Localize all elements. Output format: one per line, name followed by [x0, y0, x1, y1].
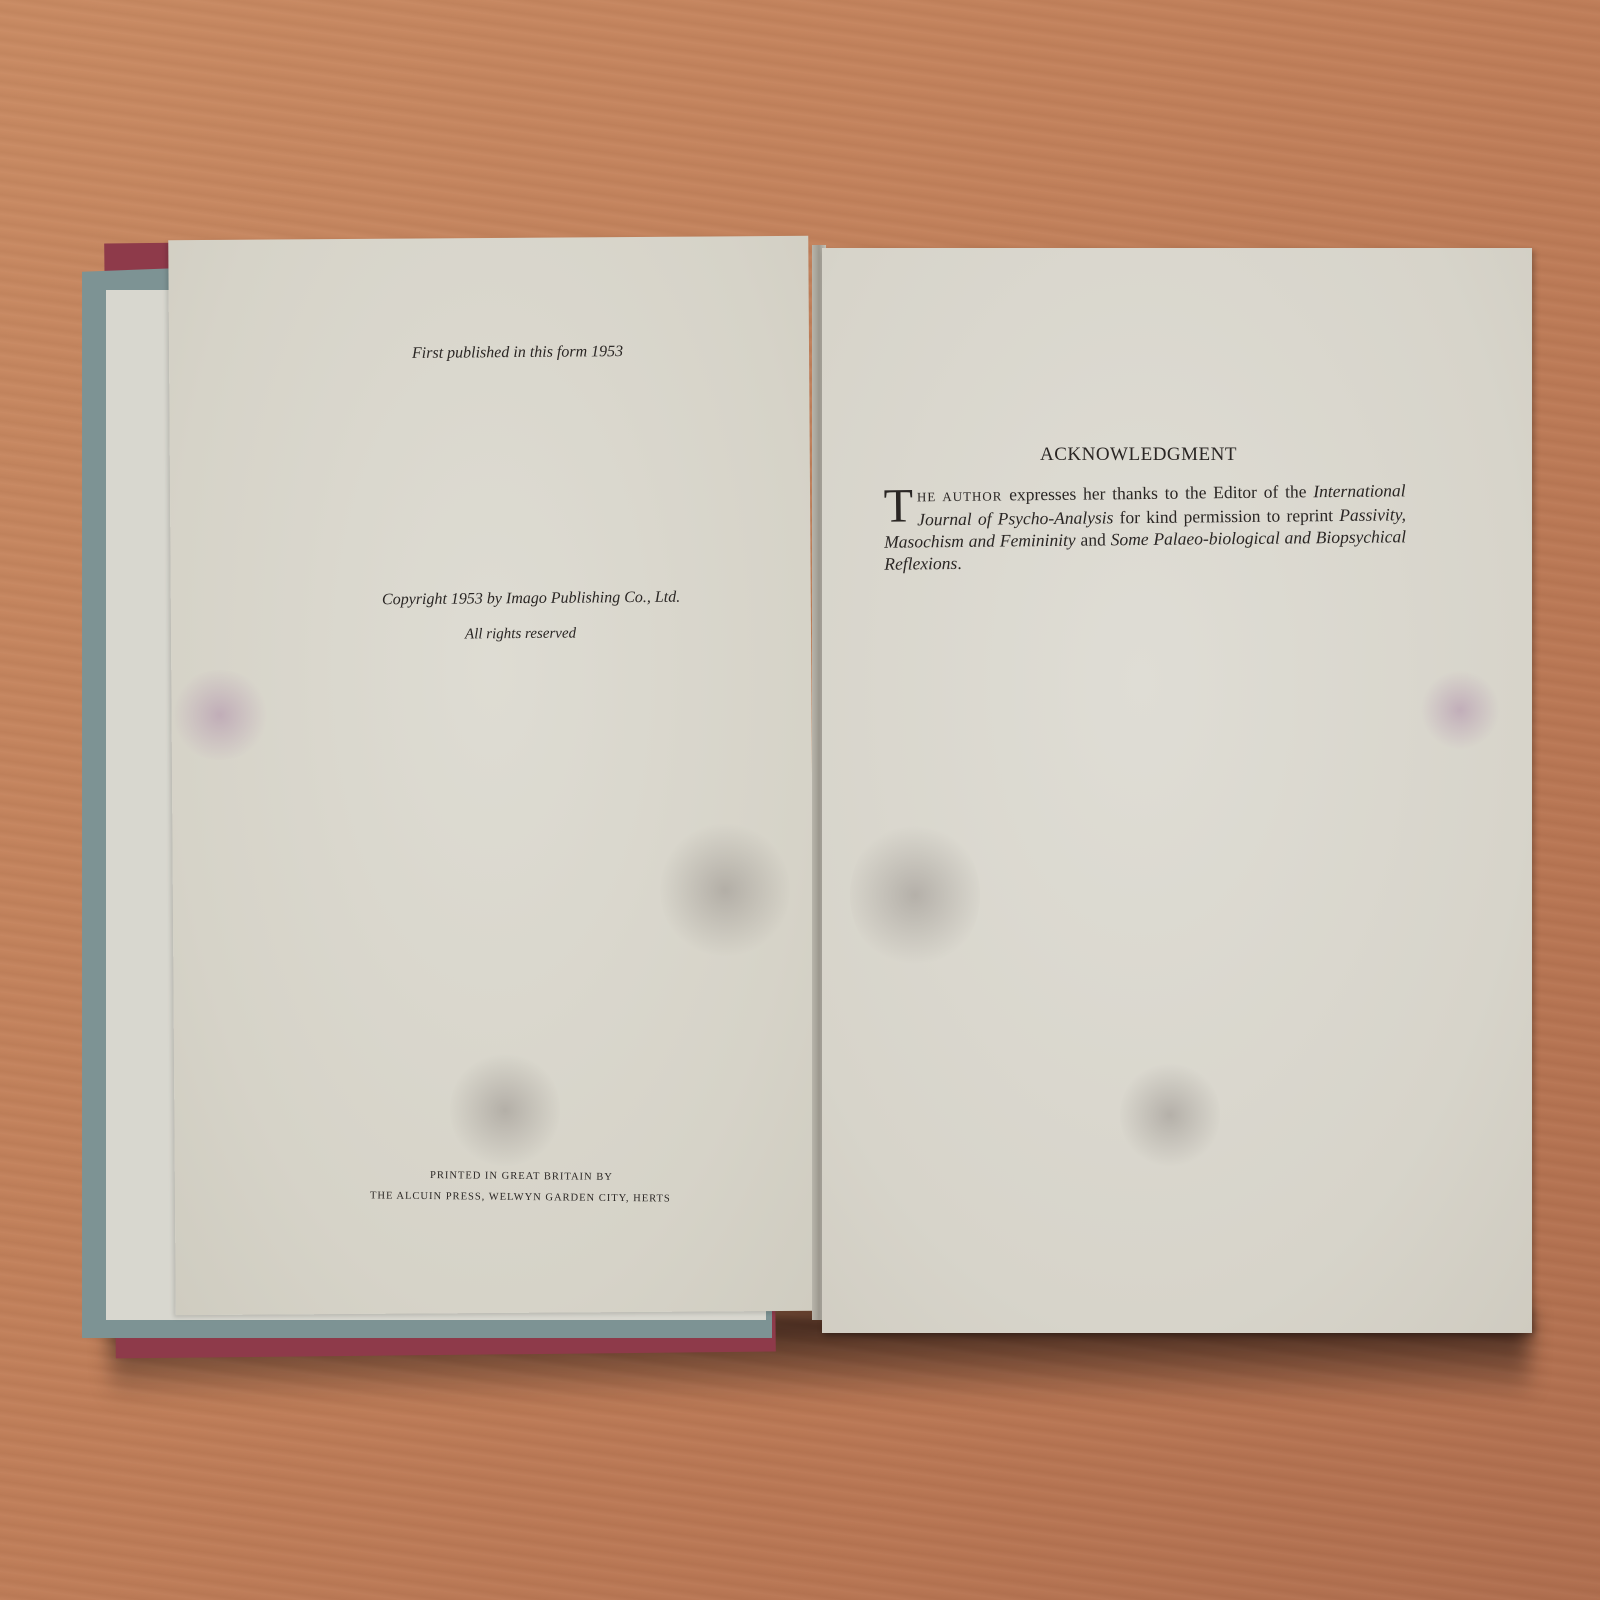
- foxing-stain: [850, 820, 980, 970]
- drop-cap: T: [884, 486, 914, 526]
- copyright-line: Copyright 1953 by Imago Publishing Co., …: [382, 589, 680, 610]
- foxing-stain: [1120, 1060, 1220, 1170]
- body-text: expresses her thanks to the Editor of th…: [1002, 481, 1313, 504]
- purple-stain: [1420, 670, 1500, 750]
- printer-line-1: PRINTED IN GREAT BRITAIN BY: [430, 1170, 613, 1183]
- acknowledgment-title: ACKNOWLEDGMENT: [1040, 444, 1237, 466]
- body-text: and: [1076, 529, 1111, 549]
- body-text: .: [957, 553, 962, 573]
- small-caps-author: HE AUTHOR: [917, 488, 1003, 504]
- rights-reserved-line: All rights reserved: [465, 626, 576, 644]
- first-published-line: First published in this form 1953: [412, 343, 623, 363]
- foxing-stain: [450, 1050, 560, 1170]
- foxing-stain: [660, 820, 790, 960]
- purple-stain: [170, 670, 270, 760]
- right-page: [822, 248, 1532, 1333]
- acknowledgment-body: THE AUTHOR expresses her thanks to the E…: [884, 479, 1407, 574]
- body-text: for kind permission to reprint: [1113, 505, 1339, 527]
